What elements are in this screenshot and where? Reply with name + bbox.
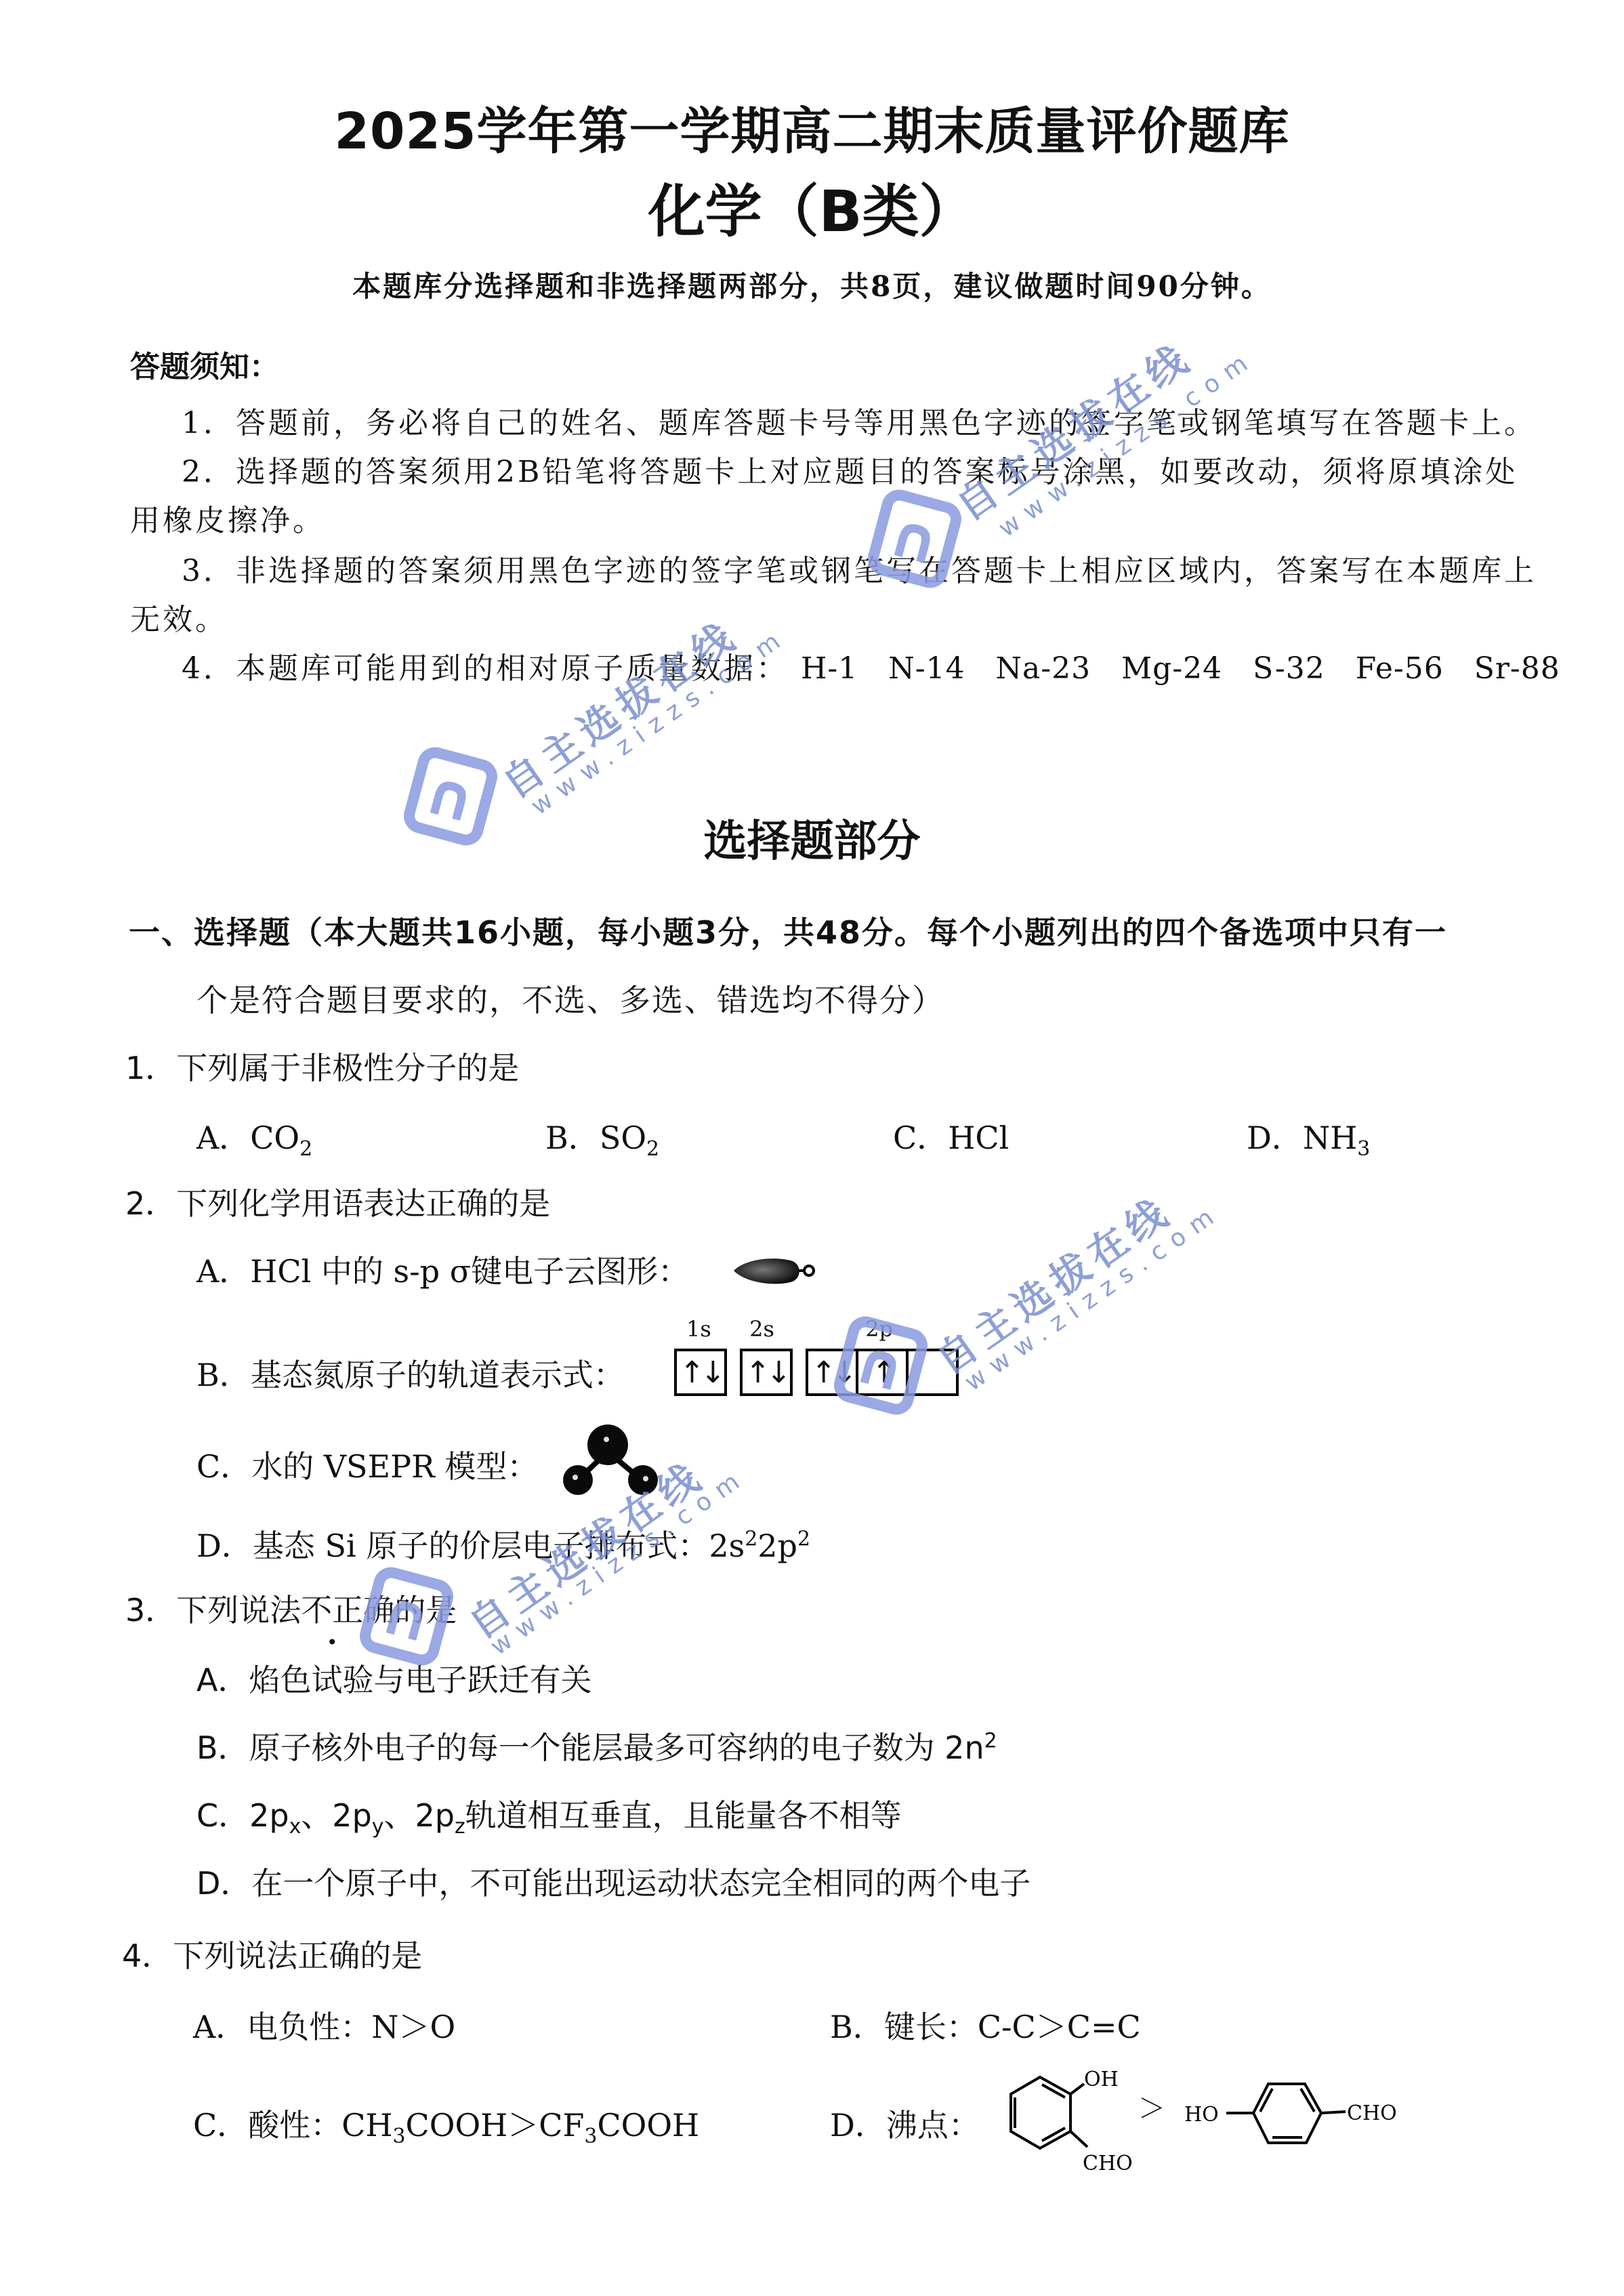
q4-option-b[interactable]: B．键长：C-C＞C=C (830, 2003, 1141, 2047)
orbital-diagram: 1s ↑↓ 2s ↑↓ 2p ↑↓ ↑ (674, 1349, 968, 1396)
q4-option-a[interactable]: A．电负性：N＞O (193, 2003, 455, 2047)
orbital-2p: 2p ↑↓ ↑ (806, 1349, 968, 1396)
subscript: x (289, 1815, 301, 1839)
atomic-mass: H-1 (801, 651, 858, 686)
option-text: 焰色试验与电子跃迁有关 (249, 1662, 591, 1698)
q1-option-d[interactable]: D．NH3 (1247, 1113, 1370, 1158)
option-text: 原子核外电子的每一个能层最多可容纳的电子数为 2n (249, 1729, 984, 1766)
option-text: HCl 中的 s-p σ键电子云图形： (250, 1253, 689, 1290)
orbital-label: 2p (865, 1316, 893, 1342)
notice-item-1: 1．答题前，务必将自己的姓名、题库答题卡号等用黑色字迹的签字笔或钢笔填写在答题卡… (182, 398, 1537, 442)
formula: 2s (709, 1528, 745, 1564)
subscript: z (455, 1815, 465, 1839)
orbital-label: 1s (686, 1316, 711, 1342)
atomic-mass: Mg-24 (1121, 651, 1222, 686)
option-text: CO (250, 1120, 299, 1156)
stem-text: 3．下列说法 (125, 1592, 301, 1628)
orbital-cell: ↑↓ (677, 1351, 724, 1393)
option-text: 在一个原子中，不可能出现运动状态完全相同的两个电子 (251, 1865, 1030, 1902)
compare-sign: ＞ (1138, 2087, 1165, 2126)
option-text: 键长：C-C＞C=C (884, 2009, 1141, 2045)
option-label: C． (193, 2107, 248, 2144)
notice-item-3-cont: 无效。 (130, 595, 228, 638)
cho-group-label: CHO (1347, 2102, 1397, 2125)
orbital-label: 2s (749, 1316, 774, 1342)
option-label: C． (893, 1120, 948, 1156)
option-text: 电负性：N＞O (247, 2009, 455, 2045)
option-text: COOH＞CF (406, 2107, 585, 2144)
option-label: D． (196, 1865, 251, 1902)
question-2-stem: 2．下列化学用语表达正确的是 (125, 1179, 550, 1224)
electron-cloud-icon (728, 1250, 823, 1291)
ortho-hydroxybenzaldehyde-structure: OH CHO (989, 2060, 1165, 2196)
option-label: D． (1247, 1120, 1303, 1156)
oh-group-label: OH (1084, 2068, 1119, 2091)
option-label: B． (196, 1357, 251, 1393)
option-label: C． (196, 1448, 251, 1485)
watermark-url: www.zizzs.com (993, 344, 1260, 543)
option-label: D． (196, 1528, 253, 1564)
option-label: D． (830, 2107, 886, 2144)
atomic-mass: Sr-88 (1474, 651, 1560, 686)
option-text: 轨道相互垂直，且能量各不相等 (465, 1797, 902, 1834)
cho-group-label: CHO (1083, 2152, 1133, 2175)
q3-option-c[interactable]: C．2px、2py、2pz轨道相互垂直，且能量各不相等 (196, 1791, 902, 1836)
option-text: 基态氮原子的轨道表示式： (251, 1357, 625, 1393)
subscript: 3 (1357, 1137, 1370, 1161)
atomic-mass: Na-23 (996, 651, 1091, 686)
atomic-mass: N-14 (888, 651, 965, 686)
q1-option-c[interactable]: C．HCl (893, 1113, 1009, 1158)
atomic-mass-list: H-1 N-14 Na-23 Mg-24 S-32 Fe-56 Sr-88 (801, 651, 1560, 686)
question-1-stem: 1．下列属于非极性分子的是 (125, 1044, 519, 1088)
notice-item-4: 4．本题库可能用到的相对原子质量数据： H-1 N-14 Na-23 Mg-24… (182, 644, 1560, 687)
option-label: B． (830, 2009, 884, 2045)
stem-text: 确的是 (363, 1592, 457, 1628)
option-label: B． (196, 1729, 249, 1766)
exam-intro: 本题库分选择题和非选择题两部分，共8页，建议做题时间90分钟。 (0, 264, 1624, 305)
option-text: 2p (249, 1797, 289, 1834)
section-instruction-cont: 个是符合题目要求的，不选、多选、错选均不得分） (196, 976, 944, 1021)
ho-group-label: HO (1184, 2103, 1219, 2127)
watermark-url: www.zizzs.com (959, 1198, 1226, 1397)
orbital-2s: 2s ↑↓ (740, 1349, 802, 1396)
notice-heading: 答题须知： (130, 342, 279, 386)
q1-option-a[interactable]: A．CO2 (196, 1113, 312, 1158)
notice-item-3: 3．非选择题的答案须用黑色字迹的签字笔或钢笔写在答题卡上相应区域内，答案写在本题… (182, 546, 1537, 590)
atomic-mass: S-32 (1253, 651, 1325, 686)
superscript: 2 (797, 1528, 810, 1551)
option-label: A． (193, 2009, 247, 2045)
option-label: A． (196, 1662, 249, 1698)
question-4-stem: 4．下列说法正确的是 (122, 1931, 422, 1976)
subscript: 2 (299, 1137, 312, 1161)
q2-option-d[interactable]: D．基态 Si 原子的价层电子排布式：2s22p2 (196, 1521, 810, 1566)
q2-option-c[interactable]: C．水的 VSEPR 模型： (196, 1442, 538, 1487)
option-text: NH (1303, 1120, 1357, 1156)
notice-item-2-cont: 用橡皮擦净。 (130, 496, 325, 539)
superscript: 2 (984, 1729, 997, 1753)
option-text: 基态 Si 原子的价层电子排布式： (253, 1528, 709, 1564)
q2-option-b[interactable]: B．基态氮原子的轨道表示式： (196, 1351, 625, 1395)
q1-option-b[interactable]: B．SO2 (545, 1113, 659, 1158)
orbital-cell: ↑↓ (743, 1351, 790, 1393)
option-label: A． (196, 1120, 250, 1156)
notice-item-2: 2．选择题的答案须用2B铅笔将答题卡上对应题目的答案标号涂黑，如要改动，须将原填… (182, 447, 1518, 491)
orbital-1s: 1s ↑↓ (674, 1349, 736, 1396)
atomic-mass: Fe-56 (1356, 651, 1444, 686)
subject-title: 化学（B类） (0, 166, 1624, 248)
option-text: 沸点： (886, 2107, 980, 2144)
option-text: 水的 VSEPR 模型： (251, 1448, 538, 1485)
notice-item-4-label: 4．本题库可能用到的相对原子质量数据： (182, 651, 789, 686)
exam-title: 2025学年第一学期高二期末质量评价题库 (0, 91, 1624, 163)
q3-option-a[interactable]: A．焰色试验与电子跃迁有关 (196, 1656, 591, 1700)
option-text: COOH (597, 2107, 699, 2144)
orbital-cell: ↑↓ (808, 1351, 856, 1393)
emphasized-text: 不正 (301, 1586, 363, 1631)
option-text: HCl (948, 1120, 1009, 1156)
section-instruction: 一、选择题（本大题共16小题，每小题3分，共48分。每个小题列出的四个备选项中只… (129, 908, 1447, 953)
subscript: 3 (584, 2125, 597, 2148)
option-text: 、2p (383, 1797, 454, 1834)
orbital-cell: ↑ (856, 1351, 906, 1393)
orbital-cell (906, 1351, 956, 1393)
option-label: C． (196, 1797, 249, 1834)
subscript: y (372, 1815, 384, 1839)
subscript: 2 (646, 1137, 659, 1161)
option-label: B． (545, 1120, 600, 1156)
option-text: 酸性：CH (248, 2107, 392, 2144)
option-text: 、2p (301, 1797, 371, 1834)
q4-option-c[interactable]: C．酸性：CH3COOH＞CF3COOH (193, 2101, 699, 2146)
section-title: 选择题部分 (0, 806, 1624, 869)
q2-option-a[interactable]: A．HCl 中的 s-p σ键电子云图形： (196, 1247, 689, 1292)
option-text: SO (600, 1120, 646, 1156)
para-hydroxybenzaldehyde-structure: HO CHO (1179, 2067, 1409, 2162)
q3-option-b[interactable]: B．原子核外电子的每一个能层最多可容纳的电子数为 2n2 (196, 1723, 997, 1768)
subscript: 3 (393, 2125, 406, 2148)
formula: 2p (757, 1528, 797, 1564)
option-label: A． (196, 1253, 250, 1290)
watermark-brand: 自主选拔在线 (489, 604, 748, 809)
question-3-stem: 3．下列说法不正确的是 (125, 1586, 457, 1631)
water-vsepr-model-icon (559, 1423, 674, 1498)
superscript: 2 (745, 1528, 757, 1551)
q3-option-d[interactable]: D．在一个原子中，不可能出现运动状态完全相同的两个电子 (196, 1859, 1030, 1904)
q4-option-d[interactable]: D．沸点： (830, 2101, 980, 2146)
